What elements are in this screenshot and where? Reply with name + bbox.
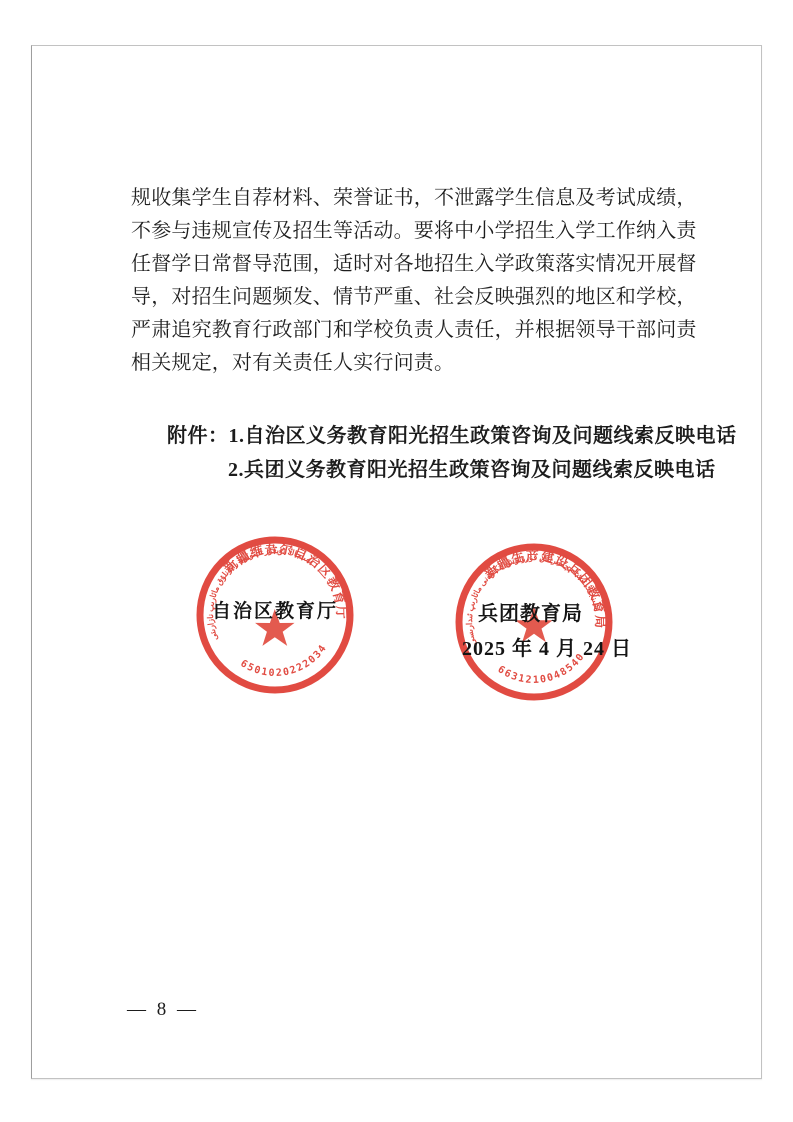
paragraph-line: 任督学日常督导范围，适时对各地招生入学政策落实情况开展督: [131, 248, 697, 281]
page-number: — 8 —: [127, 999, 199, 1021]
document-page: 规收集学生自荐材料、荣誉证书，不泄露学生信息及考试成绩， 不参与违规宣传及招生等…: [31, 45, 762, 1079]
seal-arc-text-chinese: 新疆生产建设兵团教育局: [479, 542, 610, 646]
paragraph-line: 规收集学生自荐材料、荣誉证书，不泄露学生信息及考试成绩，: [131, 182, 697, 215]
attachment-line-2: 2.兵团义务教育阳光招生政策咨询及问题线索反映电话: [228, 453, 716, 482]
signer-left-agency-name: 自治区教育厅: [212, 596, 338, 623]
body-paragraph: 规收集学生自荐材料、荣誉证书，不泄露学生信息及考试成绩， 不参与违规宣传及招生等…: [131, 182, 697, 380]
document-date: 2025 年 4 月 24 日: [462, 632, 632, 661]
paragraph-line: 导，对招生问题频发、情节严重、社会反映强烈的地区和学校，: [131, 281, 697, 314]
attachment-line-1: 附件：1.自治区义务教育阳光招生政策咨询及问题线索反映电话: [167, 419, 737, 448]
scan-canvas: 规收集学生自荐材料、荣誉证书，不泄露学生信息及考试成绩， 不参与违规宣传及招生等…: [0, 0, 793, 1122]
paragraph-line: 不参与违规宣传及招生等活动。要将中小学招生入学工作纳入责: [131, 215, 697, 248]
paragraph-line: 严肃追究教育行政部门和学校负责人责任，并根据领导干部问责: [131, 314, 697, 347]
paragraph-line: 相关规定，对有关责任人实行问责。: [131, 347, 697, 380]
signer-right-agency-name: 兵团教育局: [478, 597, 583, 626]
